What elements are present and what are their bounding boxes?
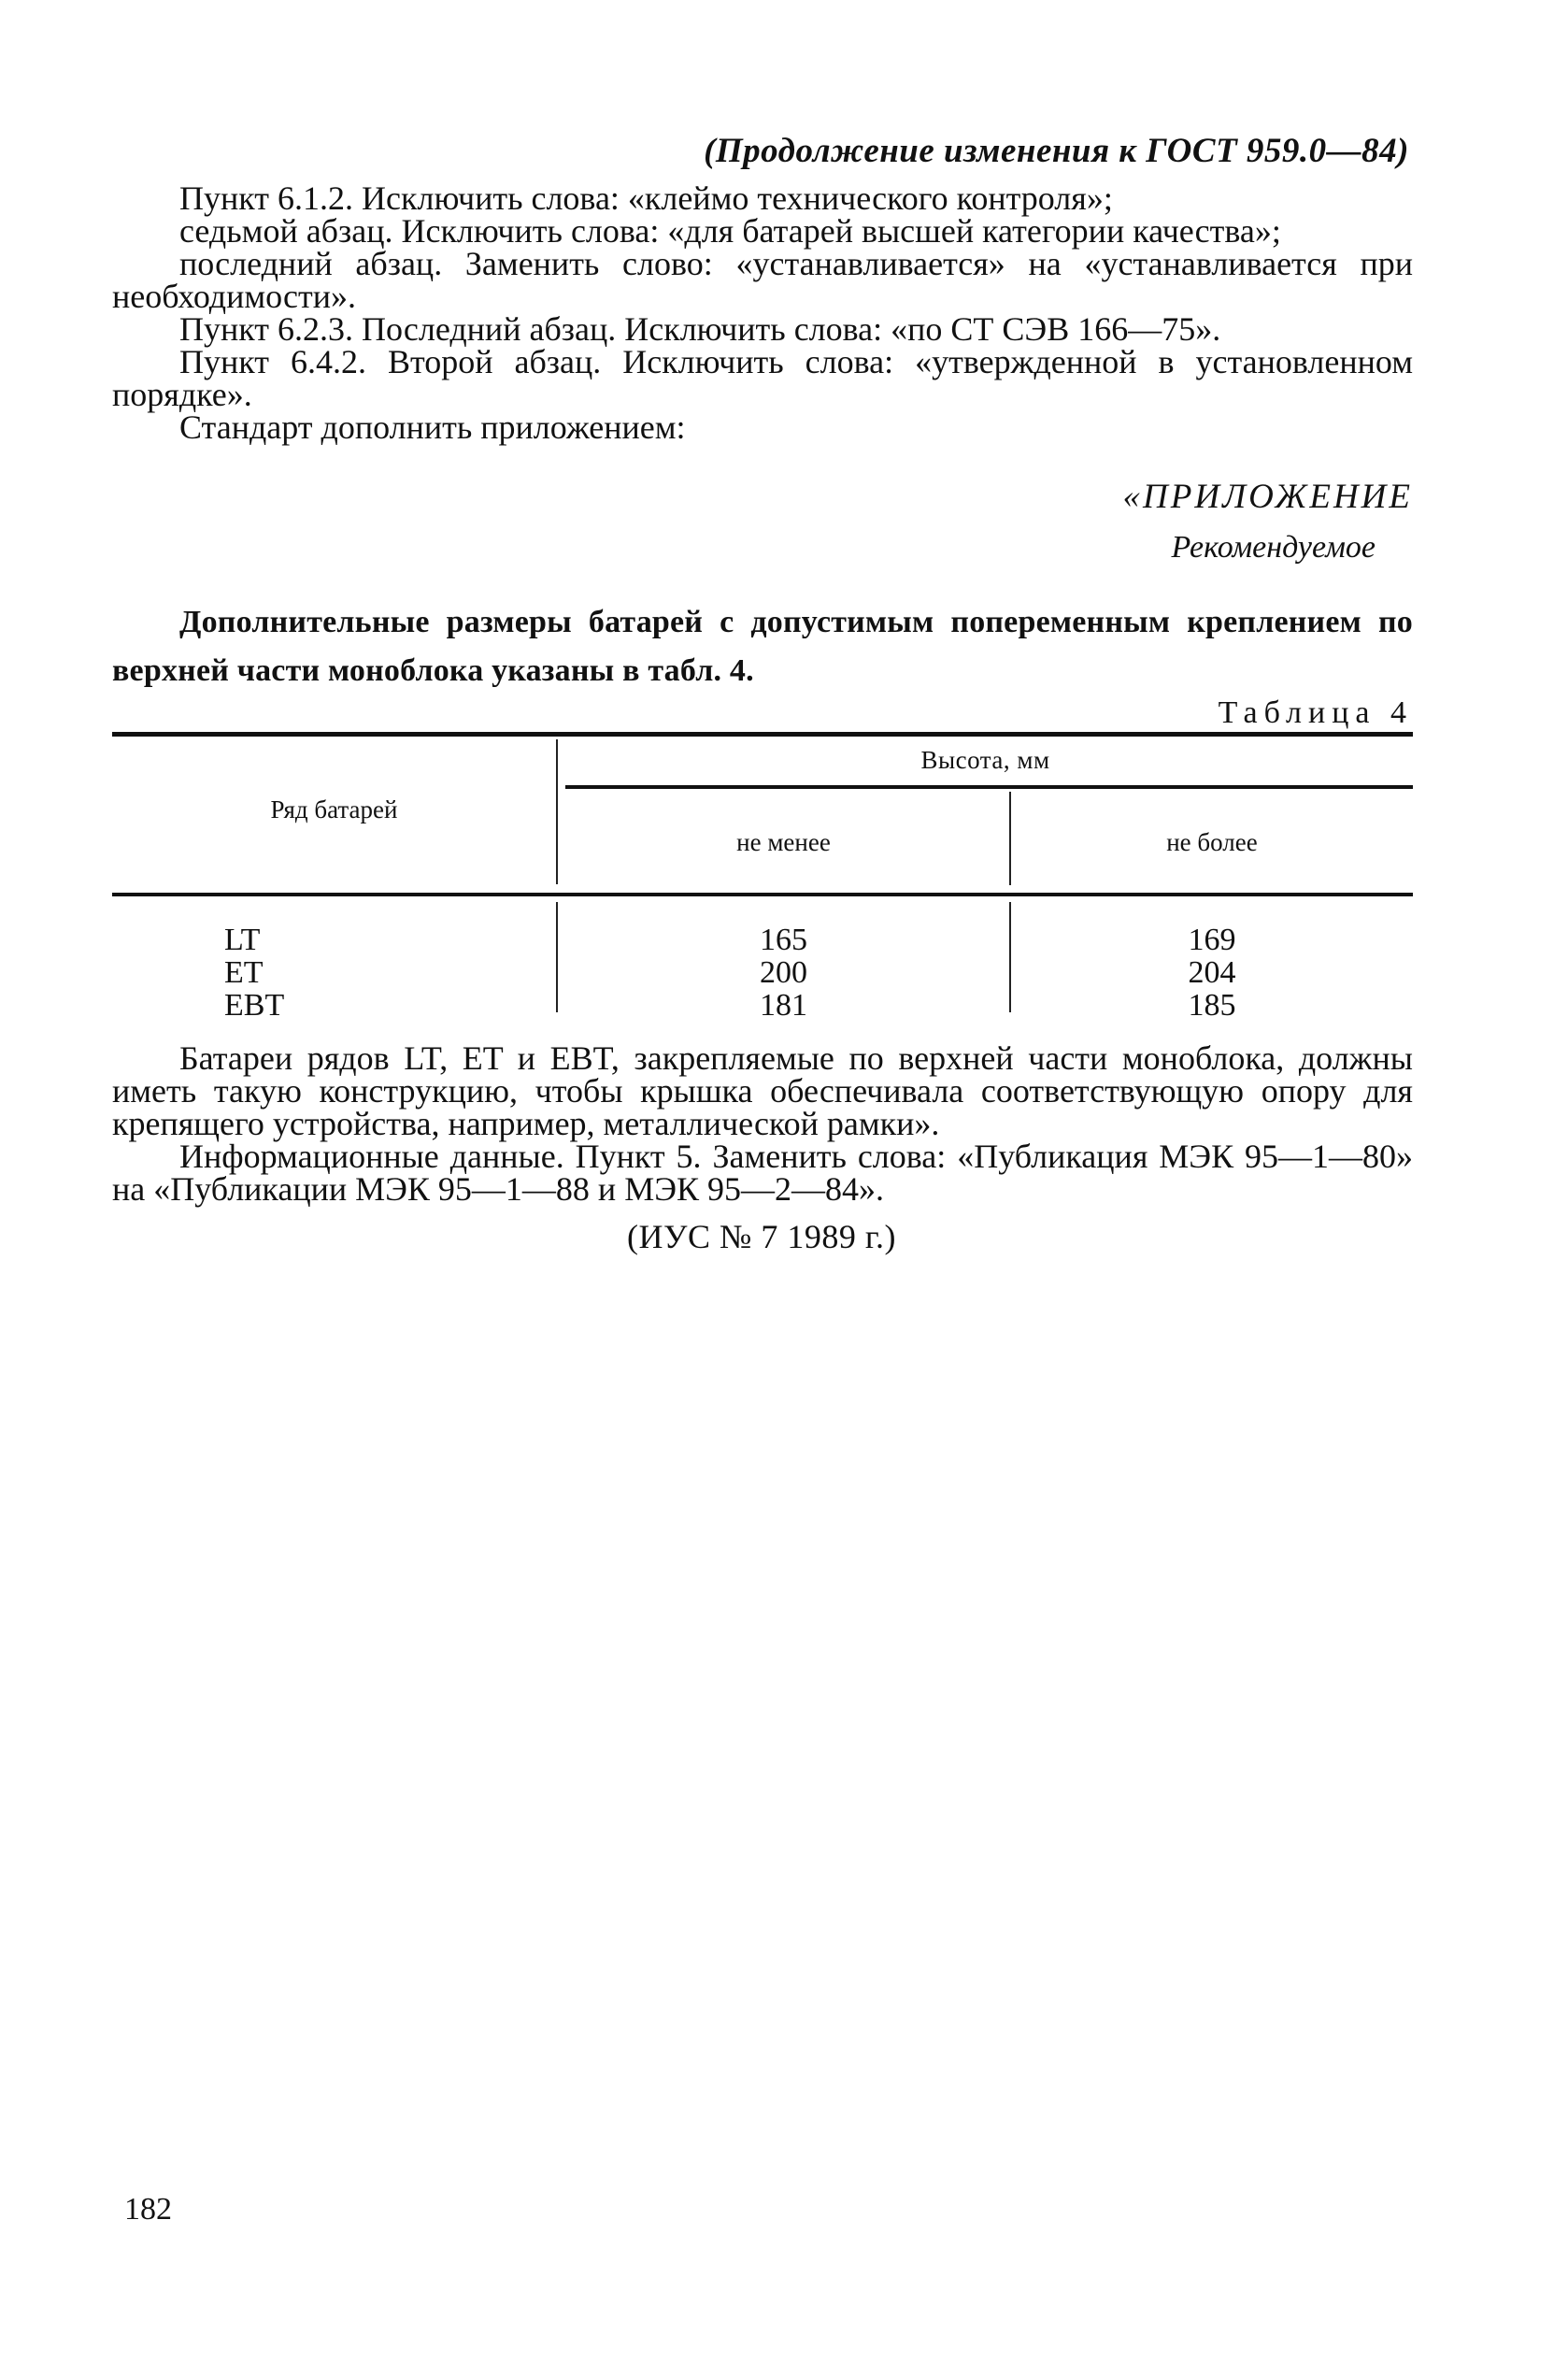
dimensions-table: Ряд батарей Высота, мм не менее не более… [112,732,1413,1022]
column-series: LT ET EBT [224,924,346,1022]
intro-paragraph: Дополнительные размеры батарей с допусти… [112,598,1413,695]
amendment-paragraph: Пункт 6.1.2. Исключить слова: «клеймо те… [112,182,1413,215]
after-table-block: Батареи рядов LT, ET и EBT, закрепляемые… [112,1042,1413,1206]
amendment-paragraph: седьмой абзац. Исключить слова: «для бат… [112,215,1413,248]
table-group-rule [565,785,1413,789]
cell-min: 200 [558,956,1009,989]
cell-min: 165 [558,924,1009,956]
column-max: 169 204 185 [1011,924,1413,1022]
cell-series: LT [224,924,346,956]
table-caption: Таблица 4 [1219,695,1413,731]
amendments-block: Пункт 6.1.2. Исключить слова: «клеймо те… [112,182,1413,444]
cell-max: 185 [1011,989,1413,1022]
body-paragraph: Батареи рядов LT, ET и EBT, закрепляемые… [112,1042,1413,1140]
amendment-paragraph: Стандарт дополнить приложением: [112,411,1413,444]
cell-max: 169 [1011,924,1413,956]
cell-series: EBT [224,989,346,1022]
cell-max: 204 [1011,956,1413,989]
running-head: (Продолжение изменения к ГОСТ 959.0—84) [704,131,1409,171]
issue-note: (ИУС № 7 1989 г.) [0,1217,1568,1256]
amendment-paragraph: Пункт 6.2.3. Последний абзац. Исключить … [112,313,1413,346]
body-paragraph: Информационные данные. Пункт 5. Заменить… [112,1140,1413,1206]
page-number: 182 [124,2192,172,2227]
header-height-group: Высота, мм [558,746,1413,775]
table-header-rule [112,893,1413,896]
amendment-paragraph: Пункт 6.4.2. Второй абзац. Исключить сло… [112,346,1413,411]
header-row-name: Ряд батарей [112,795,556,824]
cell-series: ET [224,956,346,989]
column-min: 165 200 181 [558,924,1009,1022]
cell-min: 181 [558,989,1009,1022]
intro-block: Дополнительные размеры батарей с допусти… [112,598,1413,695]
issue-note-text: (ИУС № 7 1989 г.) [627,1218,896,1255]
header-max: не более [1011,828,1413,857]
amendment-paragraph: последний абзац. Заменить слово: «устана… [112,248,1413,313]
table-top-rule [112,732,1413,737]
header-min: не менее [558,828,1009,857]
appendix-title: «ПРИЛОЖЕНИЕ [1123,477,1413,517]
document-page: (Продолжение изменения к ГОСТ 959.0—84) … [0,0,1568,2363]
appendix-subtitle: Рекомендуемое [1172,530,1376,566]
